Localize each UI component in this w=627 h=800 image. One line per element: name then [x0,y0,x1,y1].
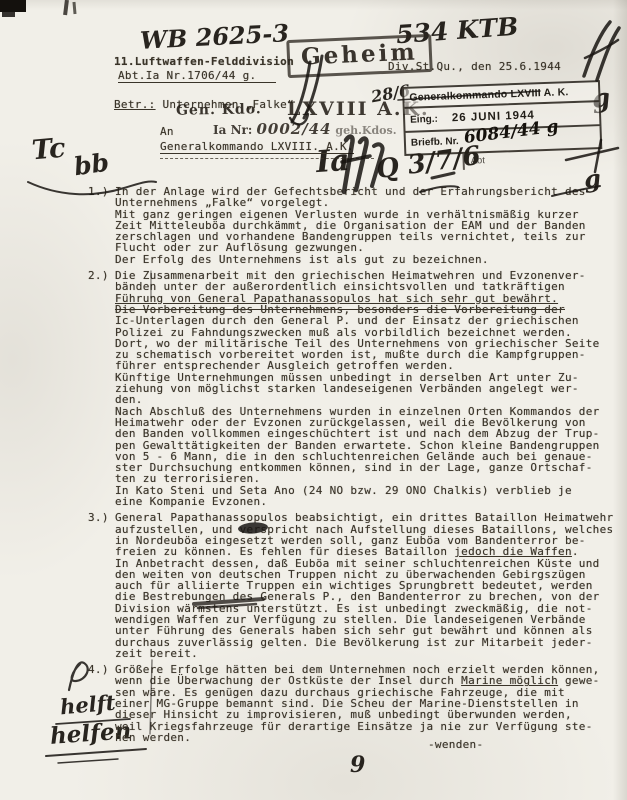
scan-blot [72,2,76,14]
scan-blot [2,12,15,17]
geh-kdos-label: geh.Kdos. [332,124,397,137]
turn-page-note: -wenden- [428,739,483,750]
typed-line: ziehung von möglichst starken landeseige… [115,383,612,394]
paragraph-number: 3.) [88,512,115,659]
handwritten-tc-mark: Tc [31,133,67,167]
document-body: 1.)In der Anlage wird der Gefechtsberich… [88,186,612,748]
handwritten-file-code: WB 2625-3 [139,18,289,55]
genkdo-stamp: Gen. Kdo. [176,101,262,118]
document-page: WB 2625-3 534 KTB 28/6 Tc bb Ia Q 3/7/6 … [0,0,627,800]
paragraph-lines: Größere Erfolge hätten bei dem Unternehm… [115,664,612,743]
ia-number-value: 0002/44 [256,120,331,138]
receipt-stamp-box: Generalkommando LXVIII A. K. Eing.: 26 J… [402,80,603,172]
typed-segment: ziehung von möglichst starken landeseige… [115,382,579,395]
paragraph-lines: General Papathanassopulos beabsichtigt, … [115,512,613,659]
paragraph-number: 1.) [88,186,115,265]
addressee-underline [160,158,374,159]
typed-segment: zeit bereit. [115,647,198,660]
paragraph-number: 4.) [88,664,115,743]
typed-segment: eine Kompanie Evzonen. [115,495,267,508]
handwritten-bb-mark: bb [72,148,111,182]
typed-line: hen werden. [115,732,612,743]
subject-label: Betr.: [114,98,156,111]
typed-segment: hen werden. [115,731,191,744]
scan-blot [0,0,26,12]
pen-initials-top-right [584,22,619,80]
ia-number-stamp: Ia Nr: 0002/44 geh.Kdos. [213,120,397,138]
ia-number-label: Ia Nr: [213,123,256,137]
unit-designation: 11.Luftwaffen-Felddivision [114,56,294,67]
typed-line: eine Kompanie Evzonen. [115,496,612,507]
journal-number-label: Briefb. Nr. [411,136,459,149]
numbered-paragraph: 1.)In der Anlage wird der Gefechtsberich… [88,186,612,265]
paragraph-lines: In der Anlage wird der Gefechtsbericht u… [115,186,612,265]
paragraph-lines: Die Zusammenarbeit mit den griechischen … [115,270,612,507]
numbered-paragraph: 2.)Die Zusammenarbeit mit den griechisch… [88,270,612,507]
scan-blot [63,0,69,15]
abt-label: Abt [464,153,485,170]
numbered-paragraph: 3.)General Papathanassopulos beabsichtig… [88,512,612,659]
addressee-line: Generalkommando LXVIII. A.K. [160,141,354,154]
numbered-paragraph: 4.)Größere Erfolge hätten bei dem Untern… [88,664,612,743]
typed-line: zeit bereit. [115,648,613,659]
received-label: Eing.: [410,113,438,125]
typed-segment: Der Erfolg des Unternehmens ist als gut … [115,253,489,266]
addressee-intro: An [160,126,174,137]
file-reference: Abt.Ia Nr.1706/44 g. [118,70,276,83]
page-number: 9 [350,752,365,778]
typed-line: Der Erfolg des Unternehmens ist als gut … [115,254,612,265]
geheim-secret-stamp: Geheim [286,34,432,78]
paragraph-number: 2.) [88,270,115,507]
